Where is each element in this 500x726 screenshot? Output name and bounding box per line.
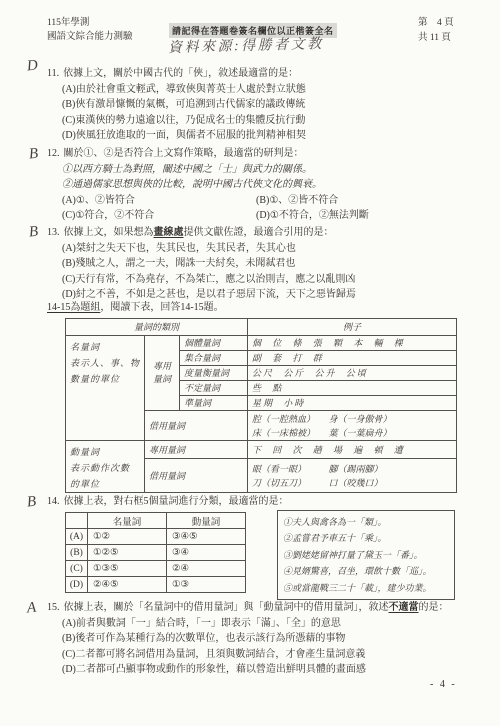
option: (A)①、②皆符合 bbox=[62, 193, 256, 209]
question-11-stem: 11.依據上文，關於中國古代的「俠」，敘述最適當的是： bbox=[47, 66, 306, 82]
subtype-cell: 不定量詞 bbox=[180, 381, 248, 396]
option: (B)後者可作為某種行為的次數單位，也表示該行為所憑藉的事物 bbox=[62, 631, 449, 647]
option: (A)前者與數詞「一」結合時，「一」即表示「滿」、「全」的意思 bbox=[62, 616, 449, 632]
question-14: 14.依據上表，對右框5個量詞進行分類，最適當的是： bbox=[47, 494, 289, 510]
options-row-2: (C)①符合，②不符合 (D)①不符合，②無法判斷 bbox=[62, 208, 369, 224]
exam-page: 115年學測 國語文綜合能力測驗 請記得在答題卷簽名欄位以正楷簽全名 資料來源:… bbox=[0, 0, 500, 726]
row-label: (C) bbox=[66, 561, 88, 577]
handwritten-answer-q11: D bbox=[26, 57, 39, 75]
handwritten-answer-q12: B bbox=[28, 146, 39, 164]
cell-noun: ①②⑤ bbox=[88, 545, 167, 561]
header-page-info: 第 4 頁 共 11 頁 bbox=[418, 16, 454, 46]
question-13-stem: 13.依據上文，如果想為畫線處提供文獻佐證，最適合引用的是： bbox=[47, 225, 356, 241]
option: (B)俠有激昂慷慨的氣概，可追溯到古代儒家的議政傳統 bbox=[62, 97, 306, 113]
example-cell: 副 套 打 群 bbox=[248, 351, 457, 366]
statement-1: ①以西方騎士為對照，闡述中國之「士」與武力的關係。 bbox=[62, 162, 369, 178]
handwritten-source-note: 資料來源:得勝者文教 bbox=[168, 33, 324, 57]
question-11: 11.依據上文，關於中國古代的「俠」，敘述最適當的是： (A)由於社會重文輕武，… bbox=[47, 66, 306, 144]
page-current: 第 4 頁 bbox=[418, 16, 454, 31]
quote-box: ①夫人與禽各為一「類」。 ②孟嘗君予車五十「乘」。 ③劉姥姥留神打量了黛玉一「番… bbox=[277, 510, 455, 600]
handwritten-answer-q15: A bbox=[26, 600, 37, 618]
question-12-number: 12. bbox=[47, 148, 60, 159]
question-15-stem: 15.依據上表，關於「名量詞中的借用量詞」與「動量詞中的借用量詞」，敘述不適當的… bbox=[47, 600, 449, 616]
statement-2: ②通過儒家思想與俠的比較，說明中國古代俠文化的興衰。 bbox=[62, 177, 369, 193]
header-cell: 名量詞 bbox=[88, 513, 167, 529]
verb-category-cell: 動量詞 表示動作次數 的單位 bbox=[66, 441, 145, 493]
col-header-example: 例子 bbox=[248, 319, 457, 336]
question-14-number: 14. bbox=[47, 496, 60, 507]
quote-item: ①夫人與禽各為一「類」。 bbox=[283, 514, 449, 530]
quote-item: ②孟嘗君予車五十「乘」。 bbox=[283, 530, 449, 546]
cell-verb: ③④⑤ bbox=[167, 529, 246, 545]
underlined-emphasis: 不適當 bbox=[389, 602, 419, 613]
question-15: 15.依據上表，關於「名量詞中的借用量詞」與「動量詞中的借用量詞」，敘述不適當的… bbox=[47, 600, 449, 678]
exam-subject: 國語文綜合能力測驗 bbox=[47, 30, 133, 44]
quote-item: ③劉姥姥留神打量了黛玉一「番」。 bbox=[283, 547, 449, 563]
option: (C)二者都可將名詞借用為量詞，且須與數詞結合，才會產生量詞意義 bbox=[62, 647, 449, 663]
verb-special-label-cell: 專用量詞 bbox=[145, 441, 248, 459]
option: (A)由於社會重文輕武，導致俠與菁英士人處於對立狀態 bbox=[62, 82, 306, 98]
example-cell: 腔（一腔熱血） 身（一身傲骨） 床（一床棉被） 葉（一葉扁舟） bbox=[248, 411, 457, 441]
question-12: 12.關於①、②是否符合上文寫作策略，最適當的研判是： ①以西方騎士為對照，闡述… bbox=[47, 146, 369, 224]
header-cell: 動量詞 bbox=[167, 513, 246, 529]
option: (A)桀紂之失天下也，失其民也，失其民者，失其心也 bbox=[62, 241, 356, 257]
group-range: 14-15為題組 bbox=[47, 302, 100, 313]
row-label: (D) bbox=[66, 577, 88, 593]
quote-item: ⑤或當龍戰三二十「載」，建少功業。 bbox=[283, 580, 449, 596]
subtype-cell: 個體量詞 bbox=[180, 336, 248, 351]
row-label: (B) bbox=[66, 545, 88, 561]
cell-noun: ②④⑤ bbox=[88, 577, 167, 593]
row-label: (A) bbox=[66, 529, 88, 545]
underlined-reference: 畫線處 bbox=[154, 227, 184, 238]
option: (C)天行有常，不為堯存，不為桀亡，應之以治則吉，應之以亂則凶 bbox=[62, 272, 356, 288]
question-12-stem: 12.關於①、②是否符合上文寫作策略，最適當的研判是： bbox=[47, 146, 369, 162]
quote-item: ④見婿驚喜，召坐，環飲十數「巡」。 bbox=[283, 563, 449, 579]
question-15-number: 15. bbox=[47, 602, 60, 613]
option: (C)東漢俠的勢力遠逾以往，乃促成名士的集體反抗行動 bbox=[62, 113, 306, 129]
noun-borrowed-label-cell: 借用量詞 bbox=[145, 411, 248, 441]
classification-table: 名量詞 動量詞 (A) ①② ③④⑤ (B) ①②⑤ ③④ (C) ①③⑤ ②④… bbox=[65, 512, 246, 593]
option: (D)①不符合，②無法判斷 bbox=[256, 208, 369, 224]
subtype-cell: 準量詞 bbox=[180, 396, 248, 411]
subtype-cell: 度量衡量詞 bbox=[180, 366, 248, 381]
cell-verb: ②④ bbox=[167, 561, 246, 577]
handwritten-answer-q14: B bbox=[26, 494, 37, 512]
noun-special-label-cell: 專用 量詞 bbox=[145, 336, 180, 411]
example-cell: 眼（看一眼） 腳（踢兩腳） 刀（切五刀） 口（咬幾口） bbox=[248, 459, 457, 493]
measure-word-table: 量詞的類別 例子 名量詞 表示人、事、物 數量的單位 專用 量詞 個體量詞 個 … bbox=[65, 318, 457, 493]
options-row-1: (A)①、②皆符合 (B)①、②皆不符合 bbox=[62, 193, 369, 209]
exam-session: 115年學測 bbox=[47, 16, 133, 30]
cell-verb: ①③ bbox=[167, 577, 246, 593]
option: (D)俠風狂放進取的一面，與儒者不屈服的批判精神相契 bbox=[62, 128, 306, 144]
example-cell: 個 位 條 張 顆 本 輛 棵 bbox=[248, 336, 457, 351]
cell-noun: ①② bbox=[88, 529, 167, 545]
verb-borrowed-label-cell: 借用量詞 bbox=[145, 459, 248, 493]
cell-verb: ③④ bbox=[167, 545, 246, 561]
subtype-cell: 集合量詞 bbox=[180, 351, 248, 366]
header-left: 115年學測 國語文綜合能力測驗 bbox=[47, 16, 133, 44]
question-13-number: 13. bbox=[47, 227, 60, 238]
question-11-number: 11. bbox=[47, 68, 59, 79]
example-cell: 公尺 公斤 公升 公頃 bbox=[248, 366, 457, 381]
group-intro: 14-15為題組，閱讀下表，回答14-15題。 bbox=[47, 300, 224, 316]
noun-category-cell: 名量詞 表示人、事、物 數量的單位 bbox=[66, 336, 145, 441]
question-13: 13.依據上文，如果想為畫線處提供文獻佐證，最適合引用的是： (A)桀紂之失天下… bbox=[47, 225, 356, 303]
question-14-stem: 14.依據上表，對右框5個量詞進行分類，最適當的是： bbox=[47, 494, 289, 510]
handwritten-answer-q13: B bbox=[28, 224, 39, 242]
option: (D)二者都可凸顯事物或動作的形象性，藉以營造出鮮明具體的畫面感 bbox=[62, 662, 449, 678]
cell-noun: ①③⑤ bbox=[88, 561, 167, 577]
option: (C)①符合，②不符合 bbox=[62, 208, 256, 224]
page-total: 共 11 頁 bbox=[418, 31, 454, 46]
example-cell: 星期 小時 bbox=[248, 396, 457, 411]
example-cell: 下 回 次 趟 場 遍 頓 遭 bbox=[248, 441, 457, 459]
footer-page-number: - 4 - bbox=[430, 679, 457, 690]
option: (B)①、②皆不符合 bbox=[256, 193, 369, 209]
example-cell: 些 點 bbox=[248, 381, 457, 396]
col-header-category: 量詞的類別 bbox=[66, 319, 248, 336]
header-cell bbox=[66, 513, 88, 529]
option: (B)殘賊之人，謂之一夫，聞誅一夫紂矣，未聞弒君也 bbox=[62, 256, 356, 272]
